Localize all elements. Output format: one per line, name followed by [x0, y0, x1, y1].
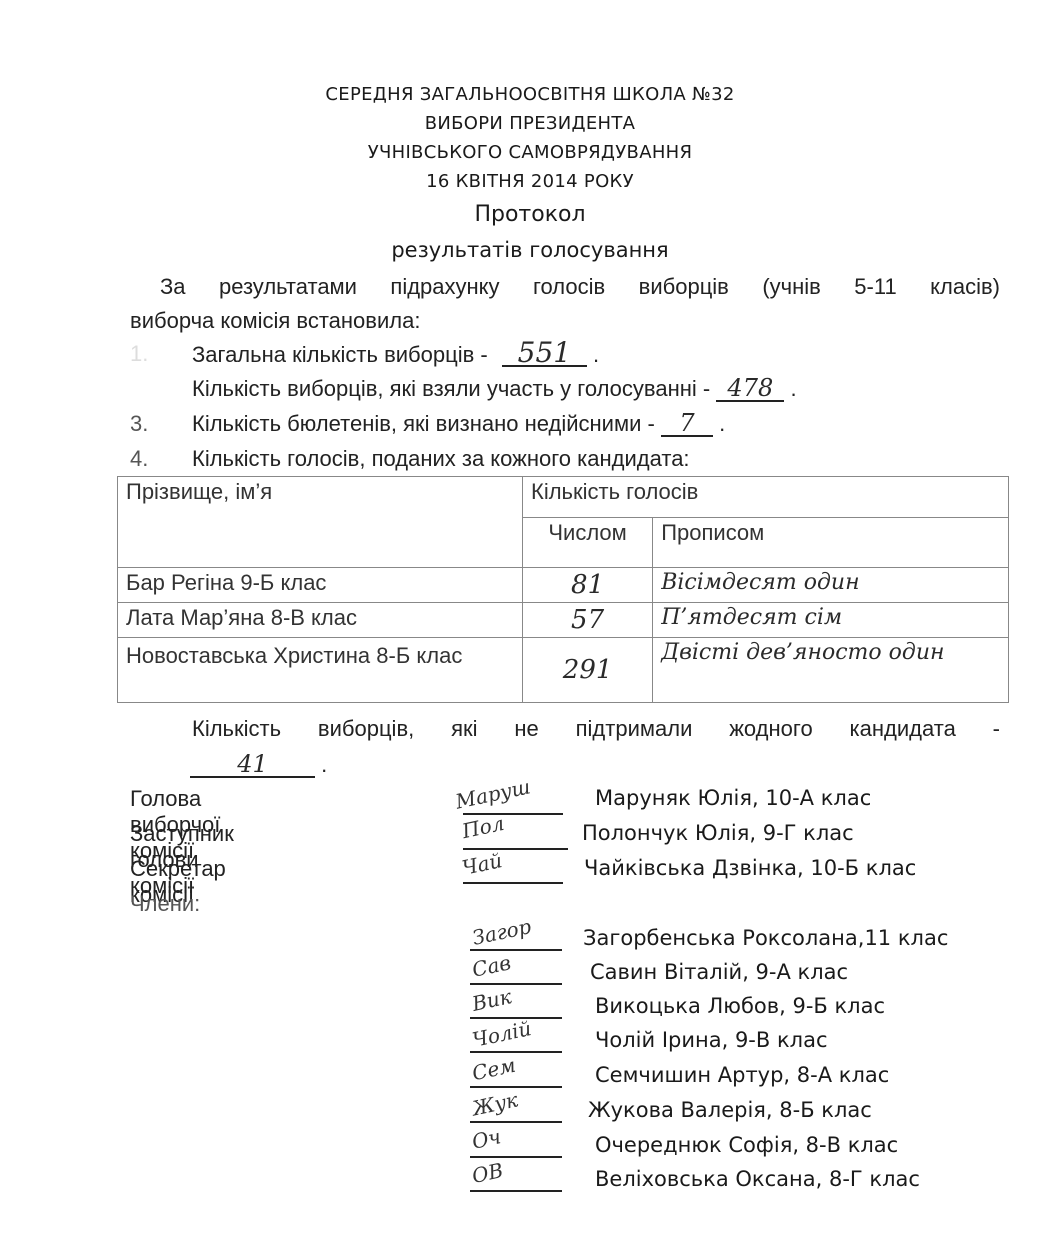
header-words: Прописом: [653, 518, 1009, 568]
school-name: СЕРЕДНЯ ЗАГАЛЬНООСВІТНЯ ШКОЛА №32: [0, 84, 1060, 105]
signature-line: [470, 1086, 562, 1088]
candidate-name: Новоставська Христина 8-Б клас: [118, 638, 523, 703]
member-name: Веліховська Оксана, 8-Г клас: [595, 1167, 920, 1191]
signature-line: [470, 949, 562, 951]
signature-mark: Вик: [470, 984, 514, 1016]
officer-name: Чайківська Дзвінка, 10-Б клас: [584, 856, 916, 880]
table-row: Бар Регіна 9-Б клас 81 Вісімдесят один: [118, 568, 1009, 603]
signature-line: [470, 1051, 562, 1053]
no-candidate-value: 41: [190, 752, 315, 778]
protocol-title: Протокол: [0, 202, 1060, 227]
vote-words: П’ятдесят сім: [653, 603, 1009, 638]
item-label: Кількість голосів, поданих за кожного ка…: [192, 446, 690, 472]
table-row: Лата Мар’яна 8-В клас 57 П’ятдесят сім: [118, 603, 1009, 638]
item-number: 1.: [130, 341, 148, 367]
item-text: Загальна кількість виборців - 551 .: [192, 341, 599, 368]
vote-number: 57: [523, 603, 653, 638]
member-name: Семчишин Артур, 8-А клас: [595, 1063, 889, 1087]
member-name: Викоцька Любов, 9-Б клас: [595, 994, 885, 1018]
item-text: Кількість бюлетенів, які визнано недійсн…: [192, 411, 725, 437]
vote-number: 291: [523, 638, 653, 703]
member-name: Савин Віталій, 9-А клас: [590, 960, 848, 984]
election-title: ВИБОРИ ПРЕЗИДЕНТА: [0, 113, 1060, 134]
header-votes: Кількість голосів: [523, 477, 1009, 518]
officer-name: Полончук Юлія, 9-Г клас: [582, 821, 854, 845]
signature-line: [470, 983, 562, 985]
vote-words: Вісімдесят один: [653, 568, 1009, 603]
signature-line: [470, 1156, 562, 1158]
header-name: Прізвище, ім’я: [118, 477, 523, 568]
total-voters-value: 551: [502, 341, 587, 367]
protocol-subtitle: результатів голосування: [0, 238, 1060, 262]
item-label: Кількість бюлетенів, які визнано недійсн…: [192, 411, 655, 436]
item-number: 4.: [130, 446, 148, 472]
signature-mark: Чолій: [470, 1016, 533, 1052]
officer-name: Маруняк Юлія, 10-А клас: [595, 786, 871, 810]
election-date: 16 КВІТНЯ 2014 РОКУ: [0, 171, 1060, 192]
candidate-name: Бар Регіна 9-Б клас: [118, 568, 523, 603]
signature-mark: Сав: [470, 950, 513, 982]
table-row: Новоставська Христина 8-Б клас 291 Двіст…: [118, 638, 1009, 703]
member-name: Загорбенська Роксолана,11 клас: [583, 926, 948, 950]
header-number: Числом: [523, 518, 653, 568]
signature-line: [470, 1121, 562, 1123]
signature-line: [470, 1190, 562, 1192]
election-body: УЧНІВСЬКОГО САМОВРЯДУВАННЯ: [0, 142, 1060, 163]
votes-table: Прізвище, ім’я Кількість голосів Числом …: [117, 476, 1009, 703]
vote-number: 81: [523, 568, 653, 603]
signature-mark: Чай: [460, 848, 504, 880]
intro-line-2: виборча комісія встановила:: [130, 308, 420, 334]
signature-mark: ОВ: [470, 1158, 505, 1188]
member-name: Очереднюк Софія, 8-В клас: [595, 1133, 898, 1157]
intro-line-1: За результатами підрахунку голосів вибор…: [130, 274, 1000, 300]
signature-mark: Жук: [470, 1087, 520, 1120]
signature-line: [463, 848, 568, 850]
signature-line: [463, 882, 563, 884]
signature-mark: Оч: [470, 1124, 503, 1153]
signature-mark: Сем: [470, 1053, 518, 1086]
invalid-ballots-value: 7: [661, 411, 713, 437]
member-name: Чолій Ірина, 9-В клас: [595, 1028, 828, 1052]
candidate-name: Лата Мар’яна 8-В клас: [118, 603, 523, 638]
item-text: 41 .: [190, 752, 327, 778]
signature-mark: Пол: [460, 811, 506, 843]
members-label: Члени:: [130, 891, 200, 917]
vote-words: Двісті дев’яносто один: [653, 638, 1009, 703]
item-number: 3.: [130, 411, 148, 437]
participated-value: 478: [716, 376, 784, 402]
signature-mark: Загор: [470, 914, 533, 950]
signature-mark: Mаруш: [453, 774, 532, 813]
item-label: Кількість виборців, які не підтримали жо…: [192, 716, 1000, 742]
item-label: Загальна кількість виборців -: [192, 342, 488, 367]
item-text: Кількість виборців, які взяли участь у г…: [192, 376, 797, 402]
item-label: Кількість виборців, які взяли участь у г…: [192, 376, 710, 401]
member-name: Жукова Валерія, 8-Б клас: [588, 1098, 872, 1122]
